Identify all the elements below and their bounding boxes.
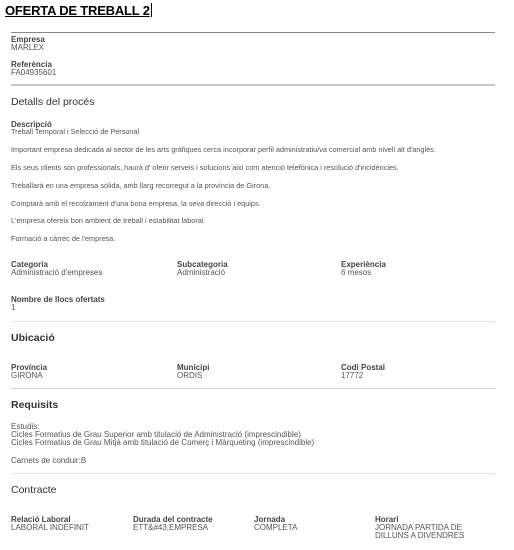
categoria-value: Administració d'empreses [11, 268, 102, 277]
positions-value: 1 [11, 303, 15, 312]
license-text: Carnets de conduir:B [11, 456, 86, 465]
location-heading: Ubicació [11, 332, 55, 344]
description-line: Treballarà en una empresa sòlida, amb ll… [11, 181, 270, 190]
relacio-laboral-value: LABORAL INDEFINIT [11, 523, 89, 532]
contract-heading: Contracte [11, 484, 57, 496]
document-title-text: OFERTA DE TREBALL 2 [5, 3, 150, 18]
divider [11, 321, 495, 322]
durada-value: ETT&#43;EMPRESA [133, 523, 208, 532]
description-line: Formació a càrrec de l'empresa. [11, 234, 115, 243]
description-line: L'empresa ofereix bon ambient de treball… [11, 216, 205, 225]
description-line: Comptarà amb el recolzament d'una bona e… [11, 199, 261, 208]
description-line: Important empresa dedicada al sector de … [11, 145, 436, 154]
horari-value-line2: DILLUNS A DIVENDRES [375, 531, 464, 540]
experiencia-value: 6 mesos [341, 268, 371, 277]
jornada-value: COMPLETA [254, 523, 297, 532]
document-title[interactable]: OFERTA DE TREBALL 2 [5, 3, 152, 18]
description-line: Treball Temporal i Selecció de Personal [11, 127, 139, 136]
requirements-heading: Requisits [11, 399, 58, 411]
empresa-value: MARLEX [11, 43, 44, 52]
codi-postal-value: 17772 [341, 371, 363, 380]
divider [11, 473, 495, 474]
municipi-value: ORDIS [177, 371, 202, 380]
divider [11, 388, 495, 389]
study-item: Cicles Formatius de Grau Mitjà amb titul… [11, 438, 314, 447]
subcategoria-value: Administració [177, 268, 225, 277]
divider [11, 32, 495, 33]
divider [11, 84, 495, 86]
referencia-value: FA04935601 [11, 68, 56, 77]
description-line: Els seus clients son professionals, haur… [11, 163, 399, 172]
process-heading: Detalls del procés [11, 96, 94, 108]
positions-label: Nombre de llocs ofertats [11, 295, 105, 304]
text-cursor [151, 3, 152, 17]
provincia-value: GIRONA [11, 371, 43, 380]
